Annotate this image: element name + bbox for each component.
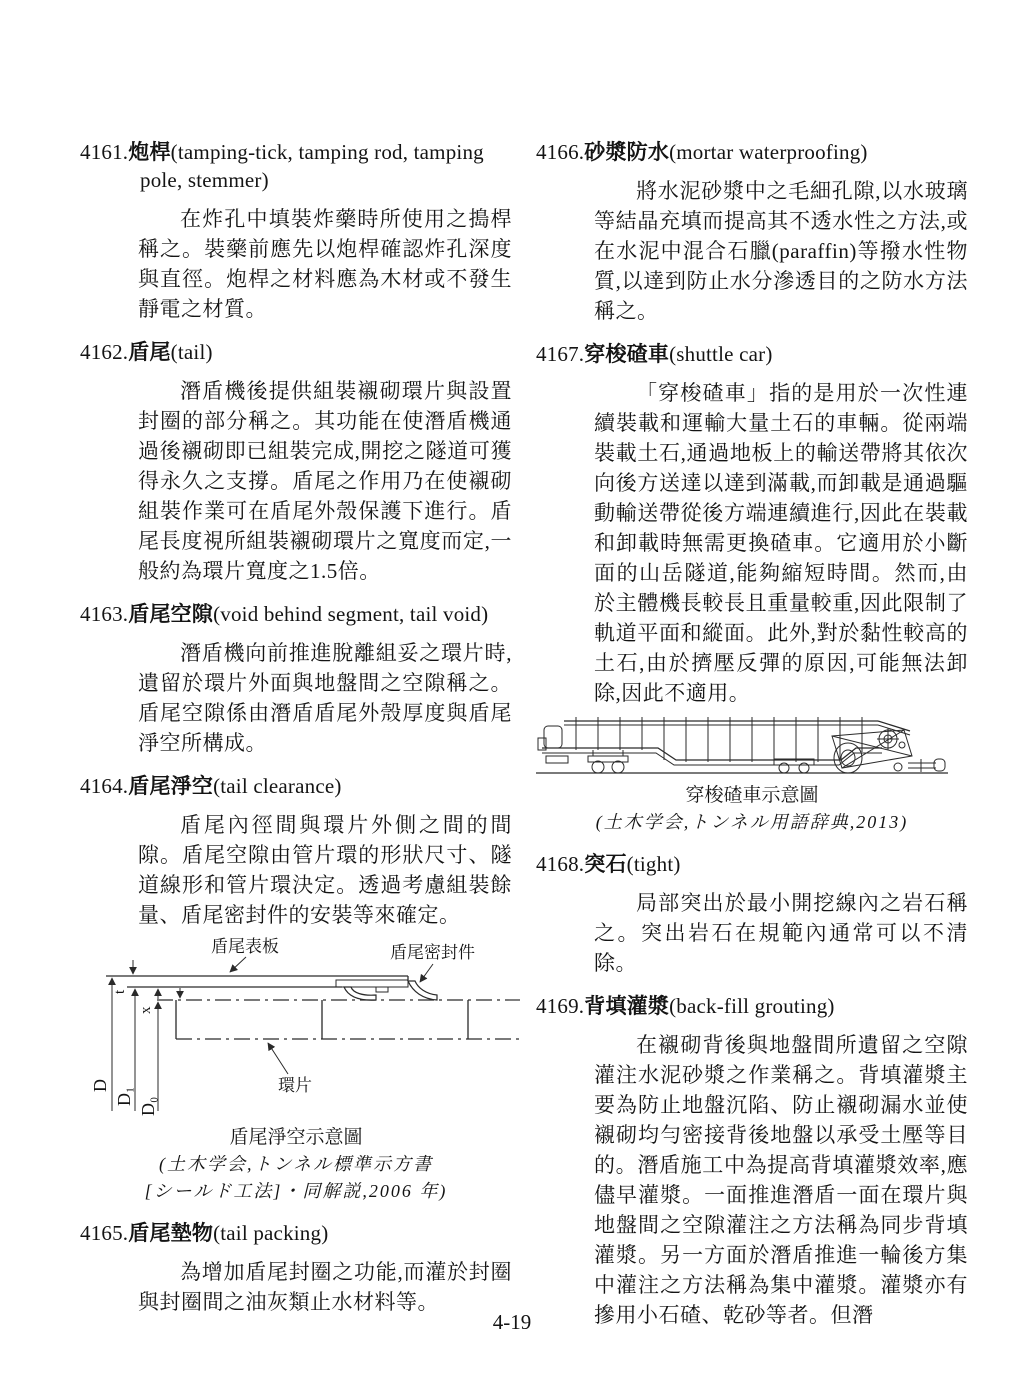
entry-4162: 4162.盾尾(tail) 潛盾機後提供組裝襯砌環片與設置封圈的部分稱之。其功能… — [80, 338, 512, 586]
entry-number: 4162. — [80, 340, 128, 364]
entry-term: 炮桿 — [128, 140, 170, 164]
entry-english: (shuttle car) — [669, 342, 772, 366]
entry-paragraph: 在炸孔中填裝炸藥時所使用之搗桿稱之。裝藥前應先以炮桿確認炸孔深度與直徑。炮桿之材… — [138, 204, 512, 324]
entry-heading: 4162.盾尾(tail) — [80, 338, 512, 366]
entry-english: (mortar waterproofing) — [669, 140, 868, 164]
entry-number: 4163. — [80, 602, 128, 626]
entry-english: (tight) — [627, 852, 681, 876]
dim-x: x — [138, 1006, 154, 1014]
entry-4169: 4169.背填灌漿(back-fill grouting) 在襯砌背後與地盤間所… — [536, 992, 968, 1330]
entry-4166: 4166.砂漿防水(mortar waterproofing) 將水泥砂漿中之毛… — [536, 138, 968, 326]
entry-4164: 4164.盾尾淨空(tail clearance) 盾尾內徑間與環片外側之間的間… — [80, 772, 512, 930]
entry-heading: 4167.穿梭碴車(shuttle car) — [536, 340, 968, 368]
entry-term: 盾尾 — [128, 340, 170, 364]
entry-paragraph: 局部突出於最小開挖線內之岩石稱之。突出岩石在規範內通常可以不清除。 — [594, 888, 968, 978]
entry-paragraph: 將水泥砂漿中之毛細孔隙,以水玻璃等結晶充填而提高其不透水性之方法,或在水泥中混合… — [594, 176, 968, 326]
entry-heading: 4169.背填灌漿(back-fill grouting) — [536, 992, 968, 1020]
right-column: 4166.砂漿防水(mortar waterproofing) 將水泥砂漿中之毛… — [536, 124, 968, 1336]
figure-tail-clearance: 盾尾表板 盾尾密封件 — [80, 936, 512, 1205]
entry-term: 背填灌漿 — [584, 994, 669, 1018]
page-number: 4-19 — [0, 1310, 1024, 1335]
entry-number: 4166. — [536, 140, 584, 164]
entry-number: 4161. — [80, 140, 128, 164]
tail-clearance-diagram: 盾尾表板 盾尾密封件 — [80, 936, 520, 1122]
dim-D1: D₁ — [114, 1087, 134, 1106]
entry-english: (void behind segment, tail void) — [213, 602, 488, 626]
figure-shuttle-car: 穿梭碴車示意圖 (土木学会,トンネル用語辞典,2013) — [536, 714, 968, 836]
entry-term: 砂漿防水 — [584, 140, 669, 164]
entry-heading: 4163.盾尾空隙(void behind segment, tail void… — [80, 600, 512, 628]
figure-caption: 穿梭碴車示意圖 — [536, 782, 968, 809]
entry-paragraph: 在襯砌背後與地盤間所遺留之空隙灌注水泥砂漿之作業稱之。背填灌漿主要為防止地盤沉陷… — [594, 1030, 968, 1330]
entry-4165: 4165.盾尾墊物(tail packing) 為增加盾尾封圈之功能,而灌於封圈… — [80, 1219, 512, 1317]
entry-paragraph: 為增加盾尾封圈之功能,而灌於封圈與封圈間之油灰類止水材料等。 — [138, 1257, 512, 1317]
entry-paragraph: 盾尾內徑間與環片外側之間的間隙。盾尾空隙由管片環的形狀尺寸、隧道線形和管片環決定… — [138, 810, 512, 930]
figure-source-line2: [シールド工法]・同解説,2006 年) — [80, 1178, 512, 1205]
entry-paragraph: 「穿梭碴車」指的是用於一次性連續裝載和運輸大量土石的車輛。從兩端裝載土石,通過地… — [594, 378, 968, 708]
entry-4168: 4168.突石(tight) 局部突出於最小開挖線內之岩石稱之。突出岩石在規範內… — [536, 850, 968, 978]
entry-heading: 4164.盾尾淨空(tail clearance) — [80, 772, 512, 800]
entry-number: 4169. — [536, 994, 584, 1018]
entry-number: 4165. — [80, 1221, 128, 1245]
entry-4163: 4163.盾尾空隙(void behind segment, tail void… — [80, 600, 512, 758]
dim-D0: D₀ — [138, 1097, 158, 1116]
entry-term: 盾尾淨空 — [128, 774, 213, 798]
shuttle-car-diagram — [536, 714, 948, 780]
entry-term: 穿梭碴車 — [584, 342, 669, 366]
entry-term: 盾尾空隙 — [128, 602, 213, 626]
left-column: 4161.炮桿(tamping-tick, tamping rod, tampi… — [80, 124, 512, 1336]
label-segment: 環片 — [278, 1076, 312, 1095]
entry-english: (tail clearance) — [213, 774, 342, 798]
entry-number: 4168. — [536, 852, 584, 876]
figure-source: (土木学会,トンネル用語辞典,2013) — [536, 809, 968, 836]
entry-english: (back-fill grouting) — [669, 994, 835, 1018]
entry-english: (tail packing) — [213, 1221, 328, 1245]
entry-paragraph: 潛盾機後提供組裝襯砌環片與設置封圈的部分稱之。其功能在使潛盾機通過後襯砌即已組裝… — [138, 376, 512, 586]
entry-term: 突石 — [584, 852, 626, 876]
entry-number: 4167. — [536, 342, 584, 366]
entry-term: 盾尾墊物 — [128, 1221, 213, 1245]
document-page: 4161.炮桿(tamping-tick, tamping rod, tampi… — [0, 0, 1024, 1400]
label-tail-plate: 盾尾表板 — [211, 937, 279, 956]
entry-heading: 4166.砂漿防水(mortar waterproofing) — [536, 138, 968, 166]
entry-4161: 4161.炮桿(tamping-tick, tamping rod, tampi… — [80, 138, 512, 324]
label-tail-seal: 盾尾密封件 — [390, 943, 475, 962]
figure-source-line1: (土木学会,トンネル標準示方書 — [80, 1151, 512, 1178]
entry-heading: 4165.盾尾墊物(tail packing) — [80, 1219, 512, 1247]
two-column-layout: 4161.炮桿(tamping-tick, tamping rod, tampi… — [0, 0, 1024, 1336]
entry-paragraph: 潛盾機向前推進脫離組妥之環片時,遺留於環片外面與地盤間之空隙稱之。盾尾空隙係由潛… — [138, 638, 512, 758]
entry-heading: 4168.突石(tight) — [536, 850, 968, 878]
dim-t: t — [112, 989, 128, 994]
figure-caption: 盾尾淨空示意圖 — [80, 1124, 512, 1151]
conveyor-posts — [576, 717, 862, 762]
entry-number: 4164. — [80, 774, 128, 798]
dim-D: D — [90, 1079, 110, 1092]
entry-english: (tamping-tick, tamping rod, tamping pole… — [140, 140, 484, 192]
entry-english: (tail) — [171, 340, 213, 364]
entry-4167: 4167.穿梭碴車(shuttle car) 「穿梭碴車」指的是用於一次性連續裝… — [536, 340, 968, 708]
entry-heading: 4161.炮桿(tamping-tick, tamping rod, tampi… — [80, 138, 512, 194]
